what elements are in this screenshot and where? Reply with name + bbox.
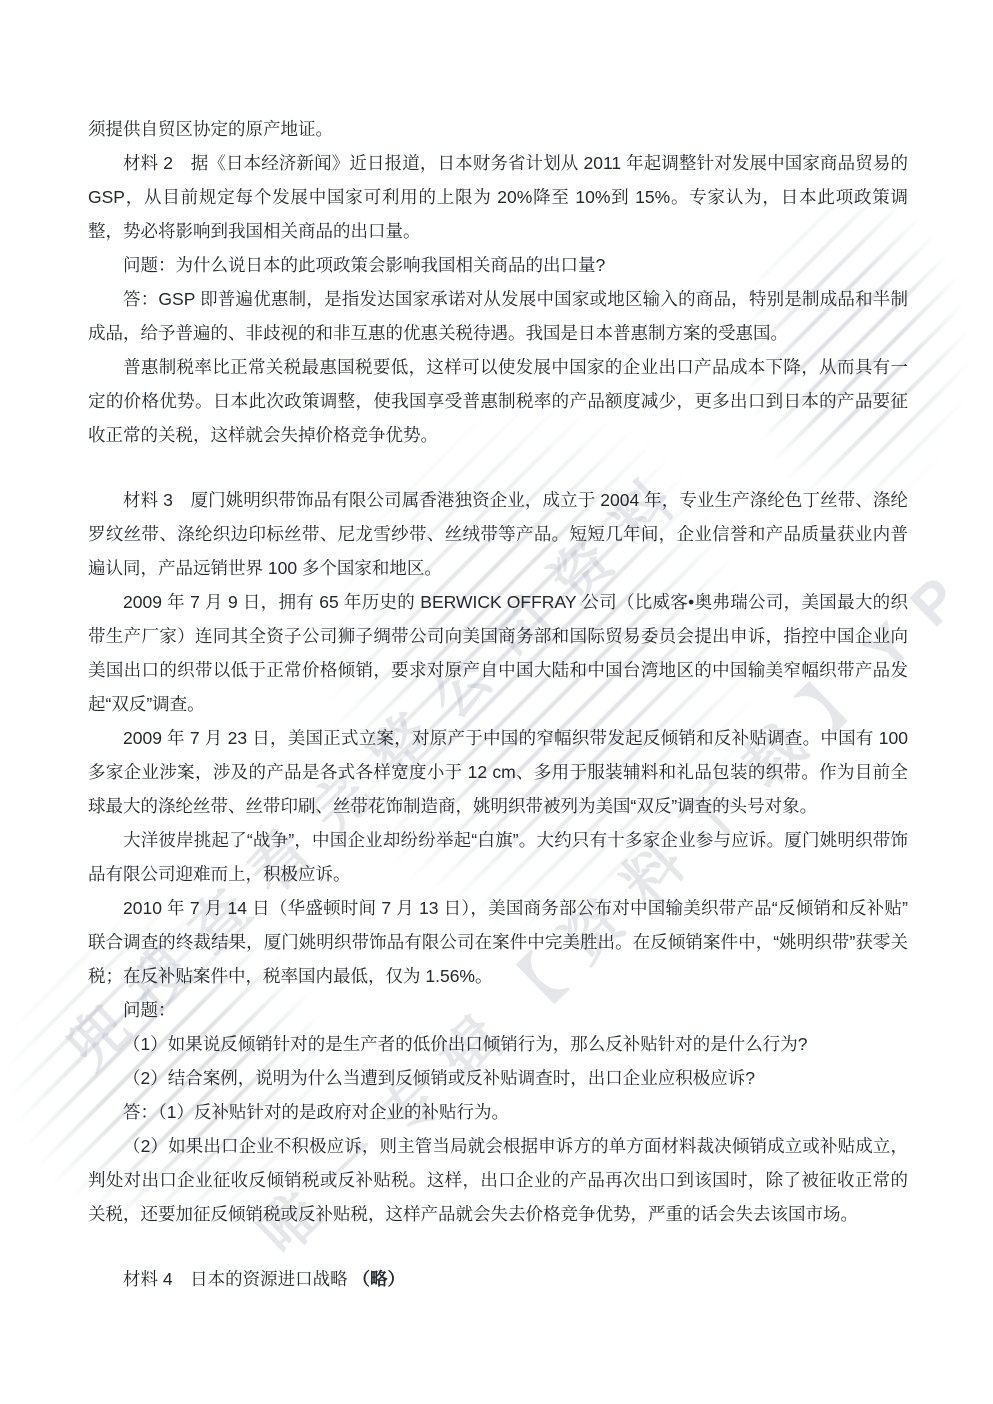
paragraph-10: 2010 年 7 月 14 日（华盛顿时间 7 月 13 日），美国商务部公布对… — [88, 891, 908, 993]
paragraph-text: 问题：为什么说日本的此项政策会影响我国相关商品的出口量? — [123, 255, 605, 275]
document-page: { "page": { "background_color": "#ffffff… — [0, 0, 993, 1404]
paragraph-1: 须提供自贸区协定的原产地证。 — [88, 112, 908, 146]
paragraph-7: 2009 年 7 月 9 日，拥有 65 年历史的 BERWICK OFFRAY… — [88, 585, 908, 721]
paragraph-text: 2009 年 7 月 9 日，拥有 65 年历史的 BERWICK OFFRAY… — [88, 592, 908, 714]
paragraph-15: （2）如果出口企业不积极应诉，则主管当局就会根据申诉方的单方面材料裁决倾销成立或… — [88, 1129, 908, 1231]
paragraph-text: 问题： — [123, 1000, 176, 1020]
paragraph-13: （2）结合案例，说明为什么当遭到反倾销或反补贴调查时，出口企业应积极应诉? — [88, 1061, 908, 1095]
paragraph-9: 大洋彼岸挑起了“战争”，中国企业却纷纷举起“白旗”。大约只有十多家企业参与应诉。… — [88, 823, 908, 891]
paragraph-16: 材料 4 日本的资源进口战略 （略） — [88, 1262, 908, 1296]
paragraph-text: （1）如果说反倾销针对的是生产者的低价出口倾销行为，那么反补贴针对的是什么行为? — [123, 1034, 807, 1054]
paragraph-text: 材料 4 日本的资源进口战略 — [123, 1269, 352, 1289]
paragraph-text: （2）如果出口企业不积极应诉，则主管当局就会根据申诉方的单方面材料裁决倾销成立或… — [88, 1136, 908, 1224]
paragraph-text: 2010 年 7 月 14 日（华盛顿时间 7 月 13 日），美国商务部公布对… — [88, 898, 908, 986]
paragraph-5: 普惠制税率比正常关税最惠国税要低，这样可以使发展中国家的企业出口产品成本下降，从… — [88, 350, 908, 452]
paragraph-2: 材料 2 据《日本经济新闻》近日报道，日本财务省计划从 2011 年起调整针对发… — [88, 146, 908, 248]
paragraph-11: 问题： — [88, 993, 908, 1027]
paragraph-text: 普惠制税率比正常关税最惠国税要低，这样可以使发展中国家的企业出口产品成本下降，从… — [88, 357, 908, 445]
paragraph-text: 材料 2 据《日本经济新闻》近日报道，日本财务省计划从 2011 年起调整针对发… — [88, 153, 908, 241]
paragraph-3: 问题：为什么说日本的此项政策会影响我国相关商品的出口量? — [88, 248, 908, 282]
document-text-block: 须提供自贸区协定的原产地证。材料 2 据《日本经济新闻》近日报道，日本财务省计划… — [88, 112, 908, 1296]
paragraph-text: 材料 3 厦门姚明织带饰品有限公司属香港独资企业，成立于 2004 年，专业生产… — [88, 490, 908, 578]
paragraph-text: 大洋彼岸挑起了“战争”，中国企业却纷纷举起“白旗”。大约只有十多家企业参与应诉。… — [88, 830, 908, 884]
paragraph-text: 须提供自贸区协定的原产地证。 — [88, 119, 333, 139]
paragraph-text: 2009 年 7 月 23 日，美国正式立案，对原产于中国的窄幅织带发起反倾销和… — [88, 728, 908, 816]
paragraph-12: （1）如果说反倾销针对的是生产者的低价出口倾销行为，那么反补贴针对的是什么行为? — [88, 1027, 908, 1061]
paragraph-6: 材料 3 厦门姚明织带饰品有限公司属香港独资企业，成立于 2004 年，专业生产… — [88, 483, 908, 585]
paragraph-text: （2）结合案例，说明为什么当遭到反倾销或反补贴调查时，出口企业应积极应诉? — [123, 1068, 755, 1088]
paragraph-bold-text: （略） — [352, 1269, 405, 1289]
paragraph-text: 答：（1）反补贴针对的是政府对企业的补贴行为。 — [123, 1102, 509, 1122]
paragraph-8: 2009 年 7 月 23 日，美国正式立案，对原产于中国的窄幅织带发起反倾销和… — [88, 721, 908, 823]
paragraph-text: 答：GSP 即普遍优惠制，是指发达国家承诺对从发展中国家或地区输入的商品，特别是… — [88, 289, 908, 343]
paragraph-4: 答：GSP 即普遍优惠制，是指发达国家承诺对从发展中国家或地区输入的商品，特别是… — [88, 282, 908, 350]
paragraph-14: 答：（1）反补贴针对的是政府对企业的补贴行为。 — [88, 1095, 908, 1129]
